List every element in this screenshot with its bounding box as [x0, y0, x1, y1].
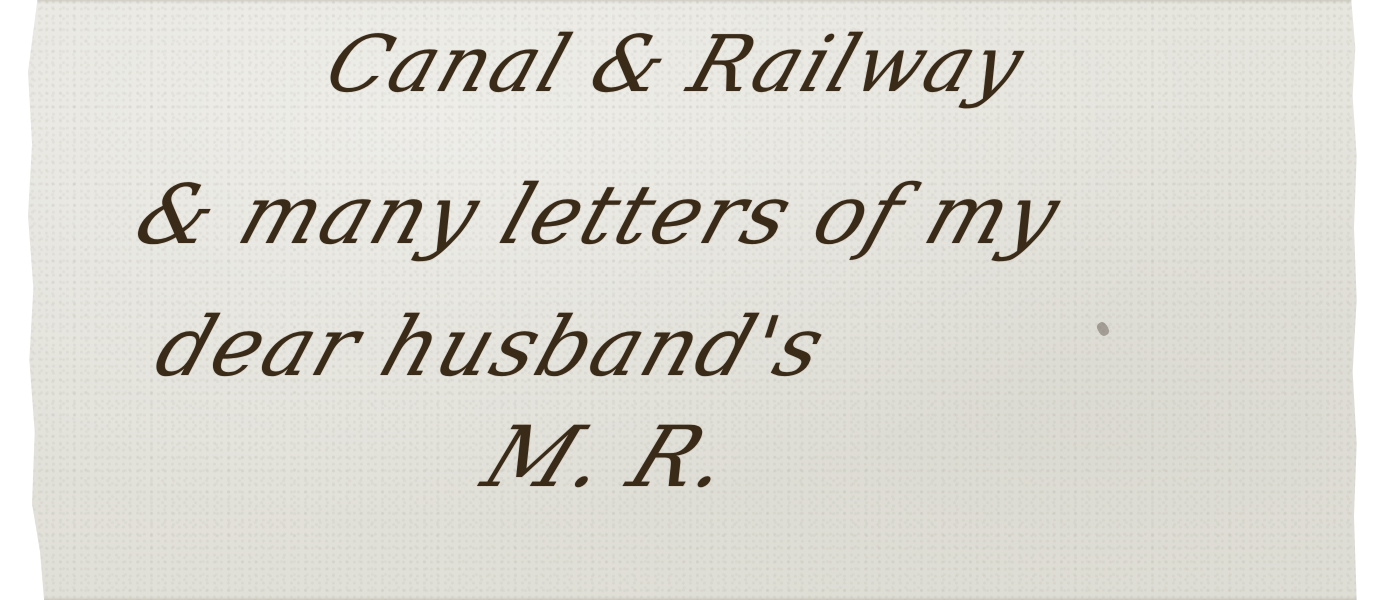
handwritten-line-3: dear husband's — [145, 300, 838, 395]
handwritten-line-1: Canal & Railway — [315, 20, 1035, 110]
document-frame: Canal & Railway & many letters of my dea… — [0, 0, 1374, 600]
signature-initials: M. R. — [470, 408, 749, 506]
handwritten-line-2: & many letters of my — [125, 168, 1073, 263]
